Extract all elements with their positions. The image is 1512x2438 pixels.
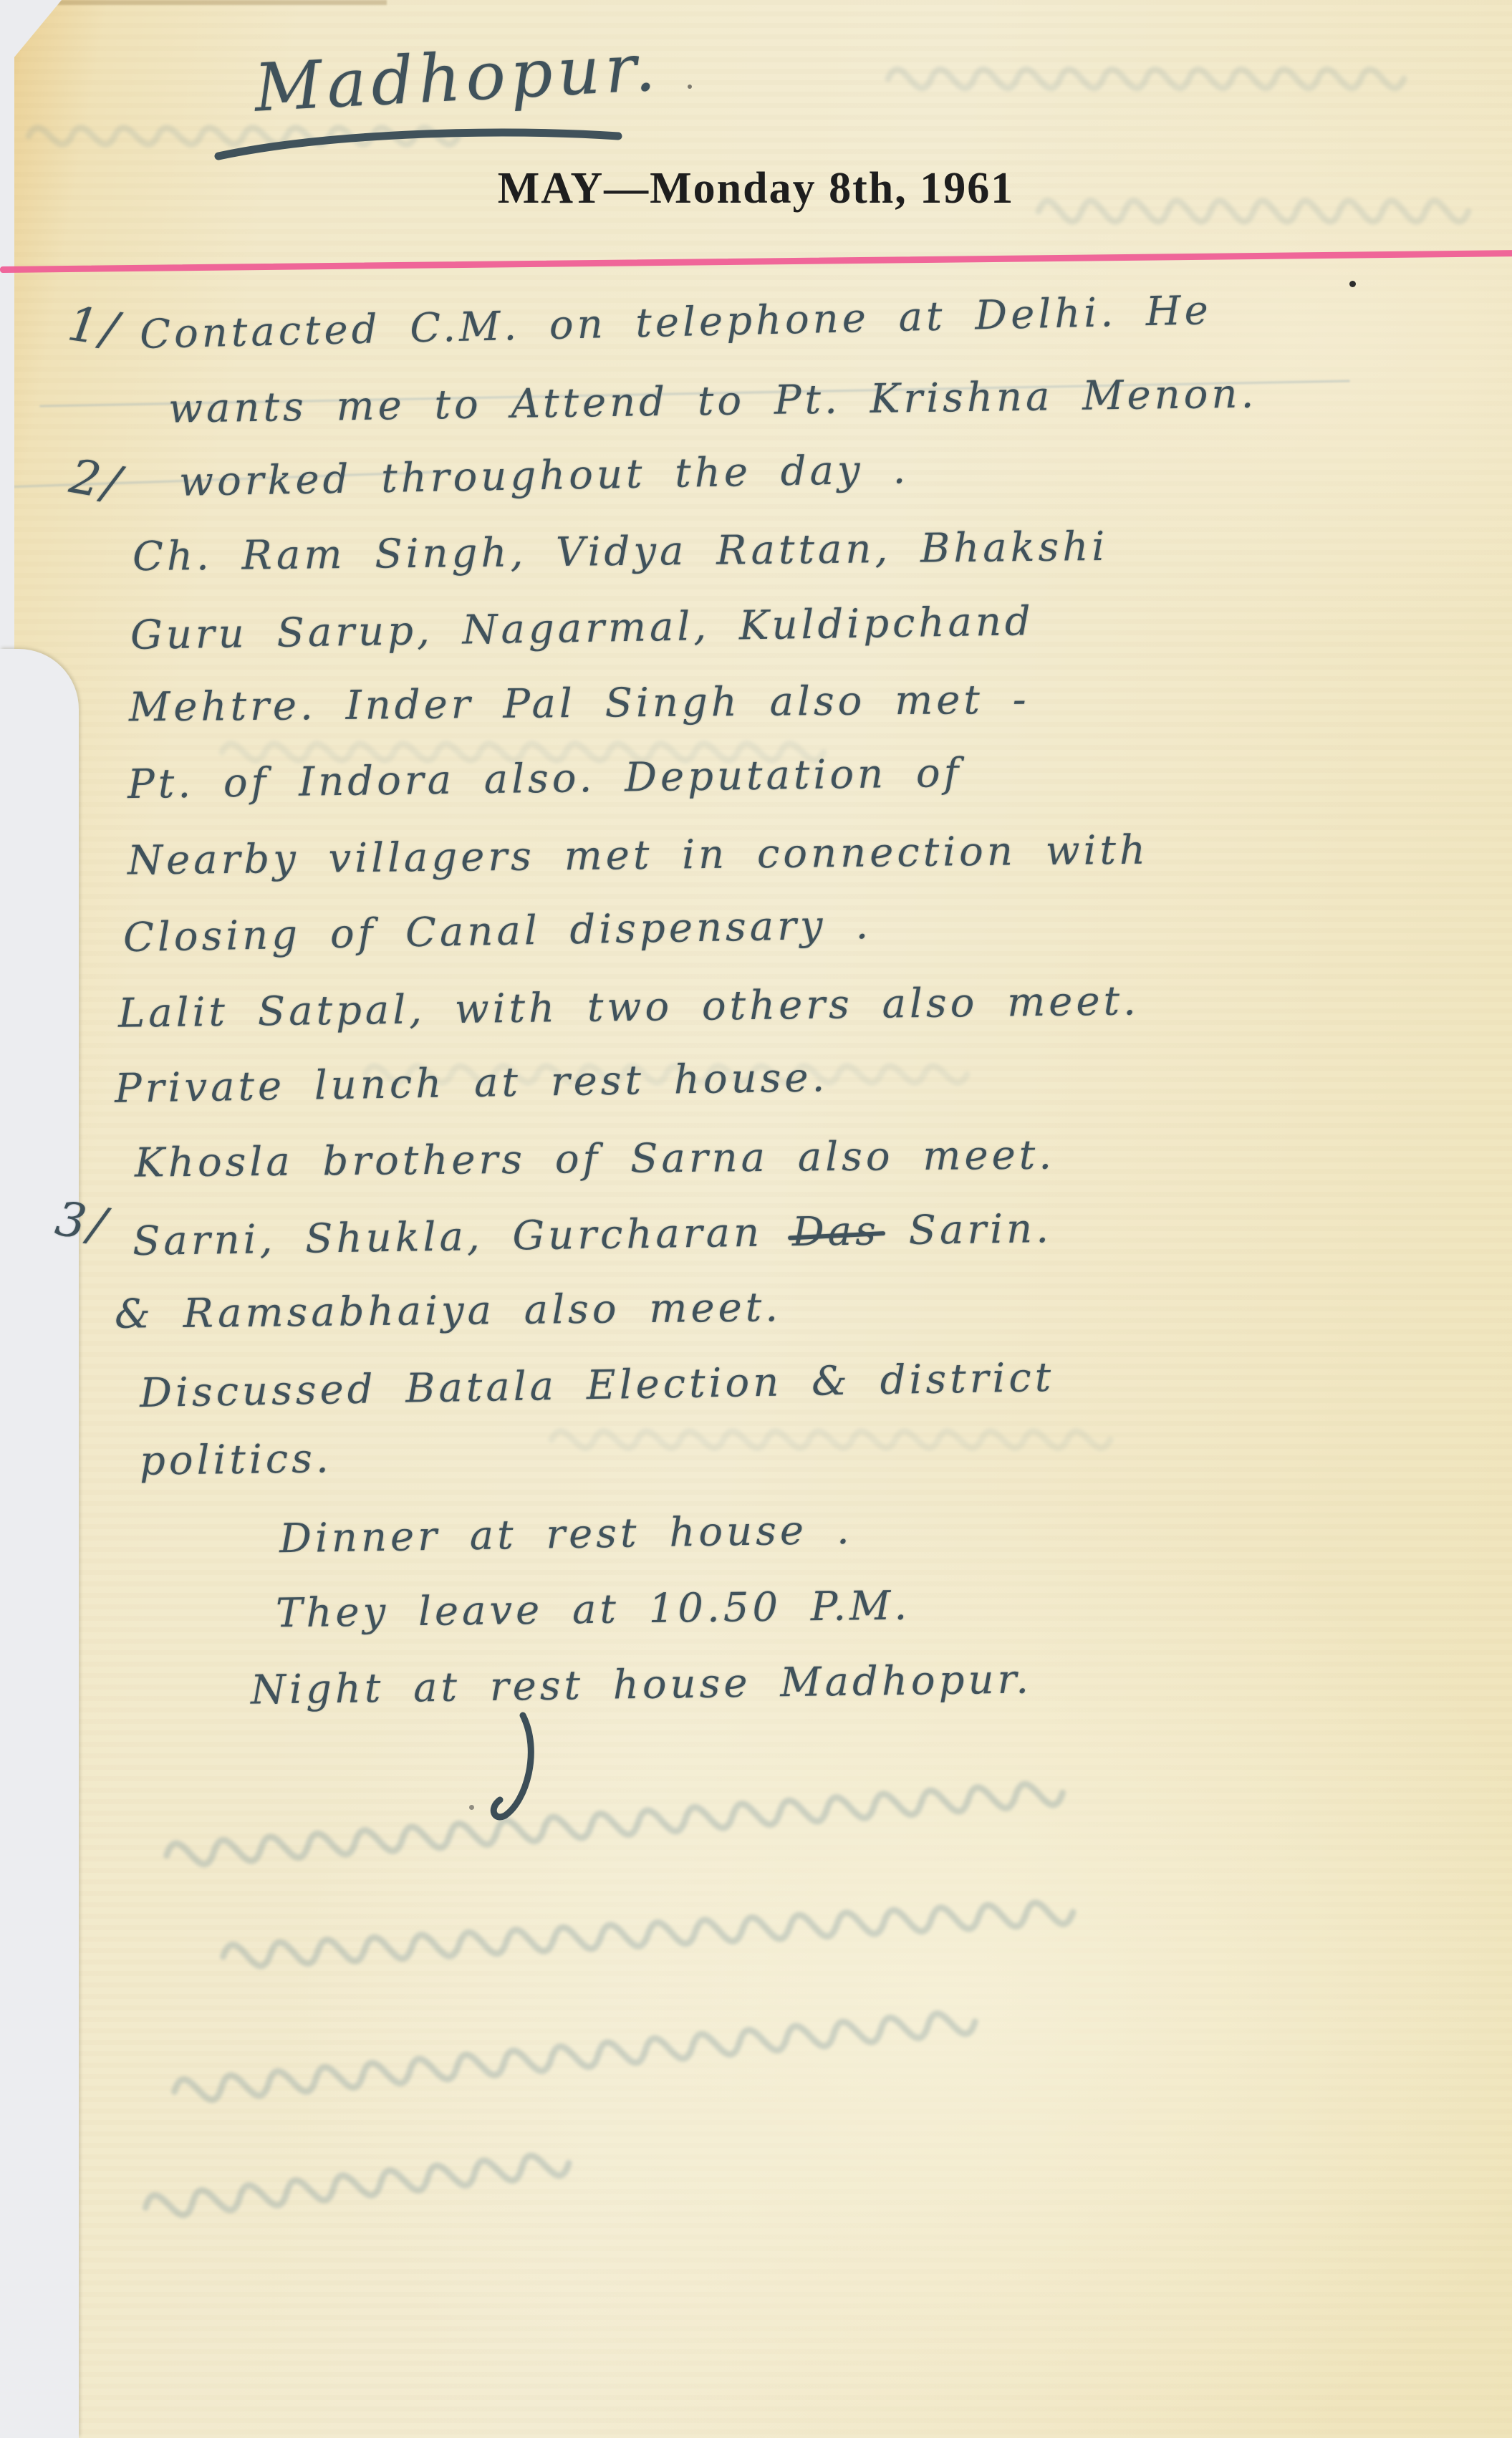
entry-number-1: 1/ [64,296,125,358]
location-underline [211,115,627,165]
diary-line-14: & Ramsabhaiya also meet. [115,1284,782,1338]
line-13-post: Sarin. [879,1205,1052,1254]
diary-line-17: Dinner at rest house . [279,1507,854,1563]
entry-number-3: 3/ [52,1191,112,1254]
line-13-struck-word: Das [791,1208,880,1256]
diary-line-6: Mehtre. Inder Pal Singh also met - [129,677,1030,731]
entry-number-2: 2/ [66,448,127,512]
ink-flourish [473,1708,559,1830]
paper-top-edge-shadow [57,0,387,5]
bleed-through-mark [881,21,1483,115]
ink-speck [1349,281,1356,287]
ink-speck [688,85,692,89]
diary-line-16: politics. [140,1435,333,1485]
diary-line-18: They leave at 10.50 P.M. [276,1583,911,1637]
diary-line-12: Khosla brothers of Sarna also meet. [135,1132,1056,1186]
line-13-pre: Sarni, Shukla, Gurcharan [133,1209,793,1265]
date-header: MAY—Monday 8th, 1961 [0,163,1512,214]
ink-speck [469,1805,474,1810]
scanned-diary-page: MAY—Monday 8th, 1961 Madhopur. 1/ 2/ 3/ … [0,0,1512,2438]
page-cutout-notch [0,649,79,2438]
